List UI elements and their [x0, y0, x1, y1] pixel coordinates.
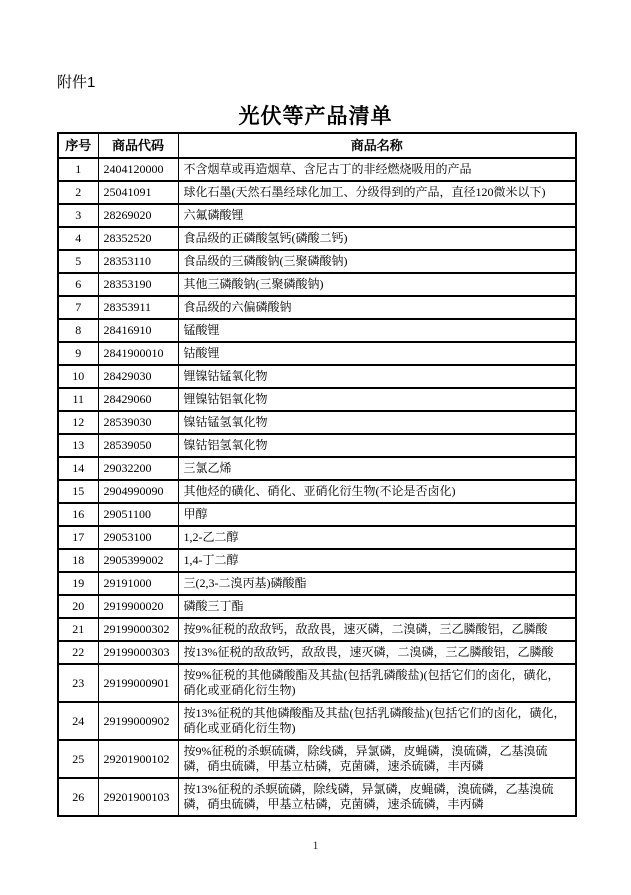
cell-code: 29032200 — [98, 457, 178, 480]
cell-serial: 24 — [58, 702, 98, 740]
table-row: 2 25041091 球化石墨(天然石墨经球化加工、分级得到的产品，直径120微… — [58, 181, 576, 204]
cell-name: 甲醇 — [178, 503, 576, 526]
cell-serial: 22 — [58, 641, 98, 664]
cell-code: 28429030 — [98, 365, 178, 388]
cell-serial: 17 — [58, 526, 98, 549]
cell-code: 29053100 — [98, 526, 178, 549]
cell-name: 镍钴锰氢氧化物 — [178, 411, 576, 434]
table-row: 16 29051100 甲醇 — [58, 503, 576, 526]
cell-serial: 18 — [58, 549, 98, 572]
cell-serial: 2 — [58, 181, 98, 204]
table-row: 9 2841900010 钴酸锂 — [58, 342, 576, 365]
cell-serial: 23 — [58, 664, 98, 702]
table-row: 4 28352520 食品级的正磷酸氢钙(磷酸二钙) — [58, 227, 576, 250]
cell-code: 28353190 — [98, 273, 178, 296]
cell-serial: 13 — [58, 434, 98, 457]
cell-name: 锰酸锂 — [178, 319, 576, 342]
cell-name: 不含烟草或再造烟草、含尼古丁的非经燃烧吸用的产品 — [178, 158, 576, 181]
header-name: 商品名称 — [178, 133, 576, 158]
cell-serial: 5 — [58, 250, 98, 273]
cell-name: 按9%征税的敌敌钙，敌敌畏，速灭磷，二溴磷，三乙膦酸铝，乙膦酸 — [178, 618, 576, 641]
cell-serial: 26 — [58, 778, 98, 816]
table-row: 1 2404120000 不含烟草或再造烟草、含尼古丁的非经燃烧吸用的产品 — [58, 158, 576, 181]
table-row: 20 2919900020 磷酸三丁酯 — [58, 595, 576, 618]
table-row: 25 29201900102 按9%征税的杀螟硫磷，除线磷，异氯磷，皮蝇磷，溴硫… — [58, 740, 576, 778]
table-row: 19 29191000 三(2,3-二溴丙基)磷酸酯 — [58, 572, 576, 595]
table-row: 15 2904990090 其他烃的磺化、硝化、亚硝化衍生物(不论是否卤化) — [58, 480, 576, 503]
cell-serial: 4 — [58, 227, 98, 250]
cell-name: 球化石墨(天然石墨经球化加工、分级得到的产品，直径120微米以下) — [178, 181, 576, 204]
cell-code: 29201900102 — [98, 740, 178, 778]
cell-code: 28269020 — [98, 204, 178, 227]
table-row: 6 28353190 其他三磷酸钠(三聚磷酸钠) — [58, 273, 576, 296]
table-row: 23 29199000901 按9%征税的其他磷酸酯及其盐(包括乳磷酸盐)(包括… — [58, 664, 576, 702]
cell-name: 钴酸锂 — [178, 342, 576, 365]
cell-name: 食品级的六偏磷酸钠 — [178, 296, 576, 319]
cell-name: 其他烃的磺化、硝化、亚硝化衍生物(不论是否卤化) — [178, 480, 576, 503]
attachment-label: 附件1 — [57, 71, 95, 92]
table-body: 1 2404120000 不含烟草或再造烟草、含尼古丁的非经燃烧吸用的产品 2 … — [58, 158, 576, 816]
cell-serial: 15 — [58, 480, 98, 503]
cell-serial: 12 — [58, 411, 98, 434]
cell-code: 28539030 — [98, 411, 178, 434]
cell-serial: 11 — [58, 388, 98, 411]
cell-code: 25041091 — [98, 181, 178, 204]
cell-code: 29199000303 — [98, 641, 178, 664]
cell-code: 29201900103 — [98, 778, 178, 816]
cell-serial: 20 — [58, 595, 98, 618]
table-row: 26 29201900103 按13%征税的杀螟硫磷，除线磷，异氯磷，皮蝇磷，溴… — [58, 778, 576, 816]
cell-name: 三氯乙烯 — [178, 457, 576, 480]
header-serial: 序号 — [58, 133, 98, 158]
cell-code: 28416910 — [98, 319, 178, 342]
table-row: 8 28416910 锰酸锂 — [58, 319, 576, 342]
cell-name: 磷酸三丁酯 — [178, 595, 576, 618]
cell-name: 按13%征税的其他磷酸酯及其盐(包括乳磷酸盐)(包括它们的卤化，磺化，硝化或亚硝… — [178, 702, 576, 740]
cell-name: 镍钴铝氢氧化物 — [178, 434, 576, 457]
cell-name: 按9%征税的杀螟硫磷，除线磷，异氯磷，皮蝇磷，溴硫磷，乙基溴硫磷，硝虫硫磷，甲基… — [178, 740, 576, 778]
cell-code: 28539050 — [98, 434, 178, 457]
cell-name: 按13%征税的杀螟硫磷，除线磷，异氯磷，皮蝇磷，溴硫磷，乙基溴硫磷，硝虫硫磷，甲… — [178, 778, 576, 816]
cell-serial: 6 — [58, 273, 98, 296]
cell-name: 1,2-乙二醇 — [178, 526, 576, 549]
cell-code: 28353110 — [98, 250, 178, 273]
cell-serial: 8 — [58, 319, 98, 342]
document-page: 附件1 光伏等产品清单 序号 商品代码 商品名称 1 2404120000 不含… — [0, 0, 631, 895]
table-row: 12 28539030 镍钴锰氢氧化物 — [58, 411, 576, 434]
cell-code: 2841900010 — [98, 342, 178, 365]
cell-name: 其他三磷酸钠(三聚磷酸钠) — [178, 273, 576, 296]
cell-name: 按9%征税的其他磷酸酯及其盐(包括乳磷酸盐)(包括它们的卤化，磺化，硝化或亚硝化… — [178, 664, 576, 702]
cell-serial: 16 — [58, 503, 98, 526]
cell-name: 食品级的三磷酸钠(三聚磷酸钠) — [178, 250, 576, 273]
header-code: 商品代码 — [98, 133, 178, 158]
table-row: 7 28353911 食品级的六偏磷酸钠 — [58, 296, 576, 319]
cell-name: 六氟磷酸锂 — [178, 204, 576, 227]
cell-name: 锂镍钴铝氧化物 — [178, 388, 576, 411]
page-number: 1 — [0, 838, 631, 853]
cell-serial: 21 — [58, 618, 98, 641]
table-row: 5 28353110 食品级的三磷酸钠(三聚磷酸钠) — [58, 250, 576, 273]
cell-serial: 25 — [58, 740, 98, 778]
table-row: 10 28429030 锂镍钴锰氧化物 — [58, 365, 576, 388]
cell-name: 食品级的正磷酸氢钙(磷酸二钙) — [178, 227, 576, 250]
table-row: 11 28429060 锂镍钴铝氧化物 — [58, 388, 576, 411]
cell-serial: 19 — [58, 572, 98, 595]
cell-code: 28353911 — [98, 296, 178, 319]
products-table: 序号 商品代码 商品名称 1 2404120000 不含烟草或再造烟草、含尼古丁… — [57, 132, 577, 817]
table-row: 17 29053100 1,2-乙二醇 — [58, 526, 576, 549]
cell-serial: 1 — [58, 158, 98, 181]
cell-name: 按13%征税的敌敌钙，敌敌畏，速灭磷，二溴磷，三乙膦酸铝，乙膦酸 — [178, 641, 576, 664]
cell-serial: 7 — [58, 296, 98, 319]
cell-serial: 14 — [58, 457, 98, 480]
cell-serial: 3 — [58, 204, 98, 227]
cell-serial: 9 — [58, 342, 98, 365]
cell-code: 28352520 — [98, 227, 178, 250]
table-row: 14 29032200 三氯乙烯 — [58, 457, 576, 480]
cell-code: 2905399002 — [98, 549, 178, 572]
table-header-row: 序号 商品代码 商品名称 — [58, 133, 576, 158]
cell-serial: 10 — [58, 365, 98, 388]
table-row: 18 2905399002 1,4-丁二醇 — [58, 549, 576, 572]
cell-code: 29199000302 — [98, 618, 178, 641]
table-row: 21 29199000302 按9%征税的敌敌钙，敌敌畏，速灭磷，二溴磷，三乙膦… — [58, 618, 576, 641]
table-row: 13 28539050 镍钴铝氢氧化物 — [58, 434, 576, 457]
cell-code: 29199000901 — [98, 664, 178, 702]
cell-code: 2919900020 — [98, 595, 178, 618]
page-title: 光伏等产品清单 — [0, 100, 631, 130]
cell-code: 2904990090 — [98, 480, 178, 503]
cell-code: 29199000902 — [98, 702, 178, 740]
cell-code: 28429060 — [98, 388, 178, 411]
cell-code: 29051100 — [98, 503, 178, 526]
cell-code: 29191000 — [98, 572, 178, 595]
cell-name: 锂镍钴锰氧化物 — [178, 365, 576, 388]
cell-code: 2404120000 — [98, 158, 178, 181]
table-row: 3 28269020 六氟磷酸锂 — [58, 204, 576, 227]
table-row: 24 29199000902 按13%征税的其他磷酸酯及其盐(包括乳磷酸盐)(包… — [58, 702, 576, 740]
table-row: 22 29199000303 按13%征税的敌敌钙，敌敌畏，速灭磷，二溴磷，三乙… — [58, 641, 576, 664]
cell-name: 三(2,3-二溴丙基)磷酸酯 — [178, 572, 576, 595]
cell-name: 1,4-丁二醇 — [178, 549, 576, 572]
